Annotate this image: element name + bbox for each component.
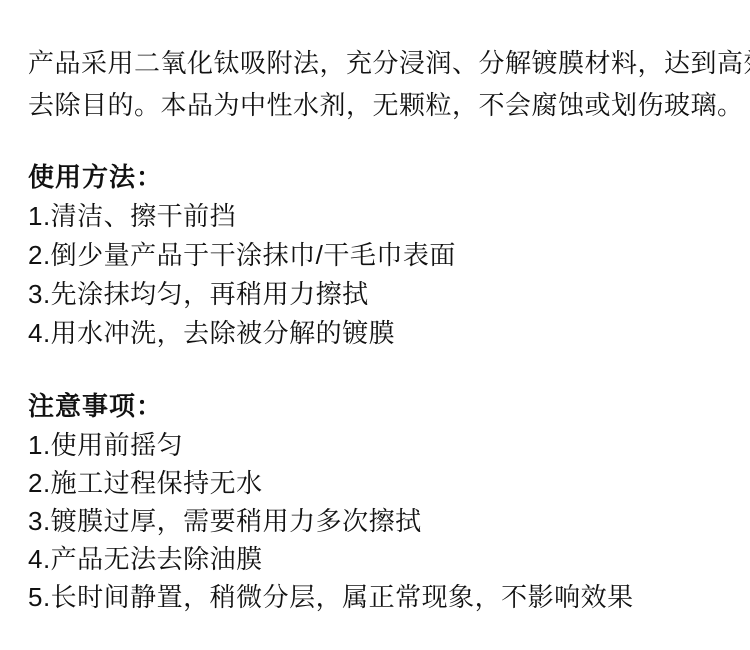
precautions-heading: 注意事项： — [28, 386, 730, 426]
intro-line: 去除目的。本品为中性水剂，无颗粒，不会腐蚀或划伤玻璃。 — [28, 84, 730, 126]
product-description-page: 产品采用二氧化钛吸附法，充分浸润、分解镀膜材料，达到高效 去除目的。本品为中性水… — [0, 0, 750, 650]
precaution-item: 5.长时间静置，稍微分层，属正常现象，不影响效果 — [28, 578, 730, 616]
usage-step: 3.先涂抹均匀，再稍用力擦拭 — [28, 275, 730, 314]
precautions-section: 注意事项： 1.使用前摇匀 2.施工过程保持无水 3.镀膜过厚，需要稍用力多次擦… — [28, 386, 730, 616]
precaution-item: 4.产品无法去除油膜 — [28, 540, 730, 578]
precaution-item: 2.施工过程保持无水 — [28, 464, 730, 502]
usage-instructions-section: 使用方法： 1.清洁、擦干前挡 2.倒少量产品于干涂抹巾/干毛巾表面 3.先涂抹… — [28, 158, 730, 353]
usage-step: 1.清洁、擦干前挡 — [28, 197, 730, 236]
precaution-item: 3.镀膜过厚，需要稍用力多次擦拭 — [28, 502, 730, 540]
intro-line: 产品采用二氧化钛吸附法，充分浸润、分解镀膜材料，达到高效 — [28, 42, 730, 84]
usage-step: 2.倒少量产品于干涂抹巾/干毛巾表面 — [28, 236, 730, 275]
product-intro-paragraph: 产品采用二氧化钛吸附法，充分浸润、分解镀膜材料，达到高效 去除目的。本品为中性水… — [28, 42, 730, 126]
usage-heading: 使用方法： — [28, 158, 730, 197]
usage-step: 4.用水冲洗，去除被分解的镀膜 — [28, 314, 730, 353]
precaution-item: 1.使用前摇匀 — [28, 426, 730, 464]
